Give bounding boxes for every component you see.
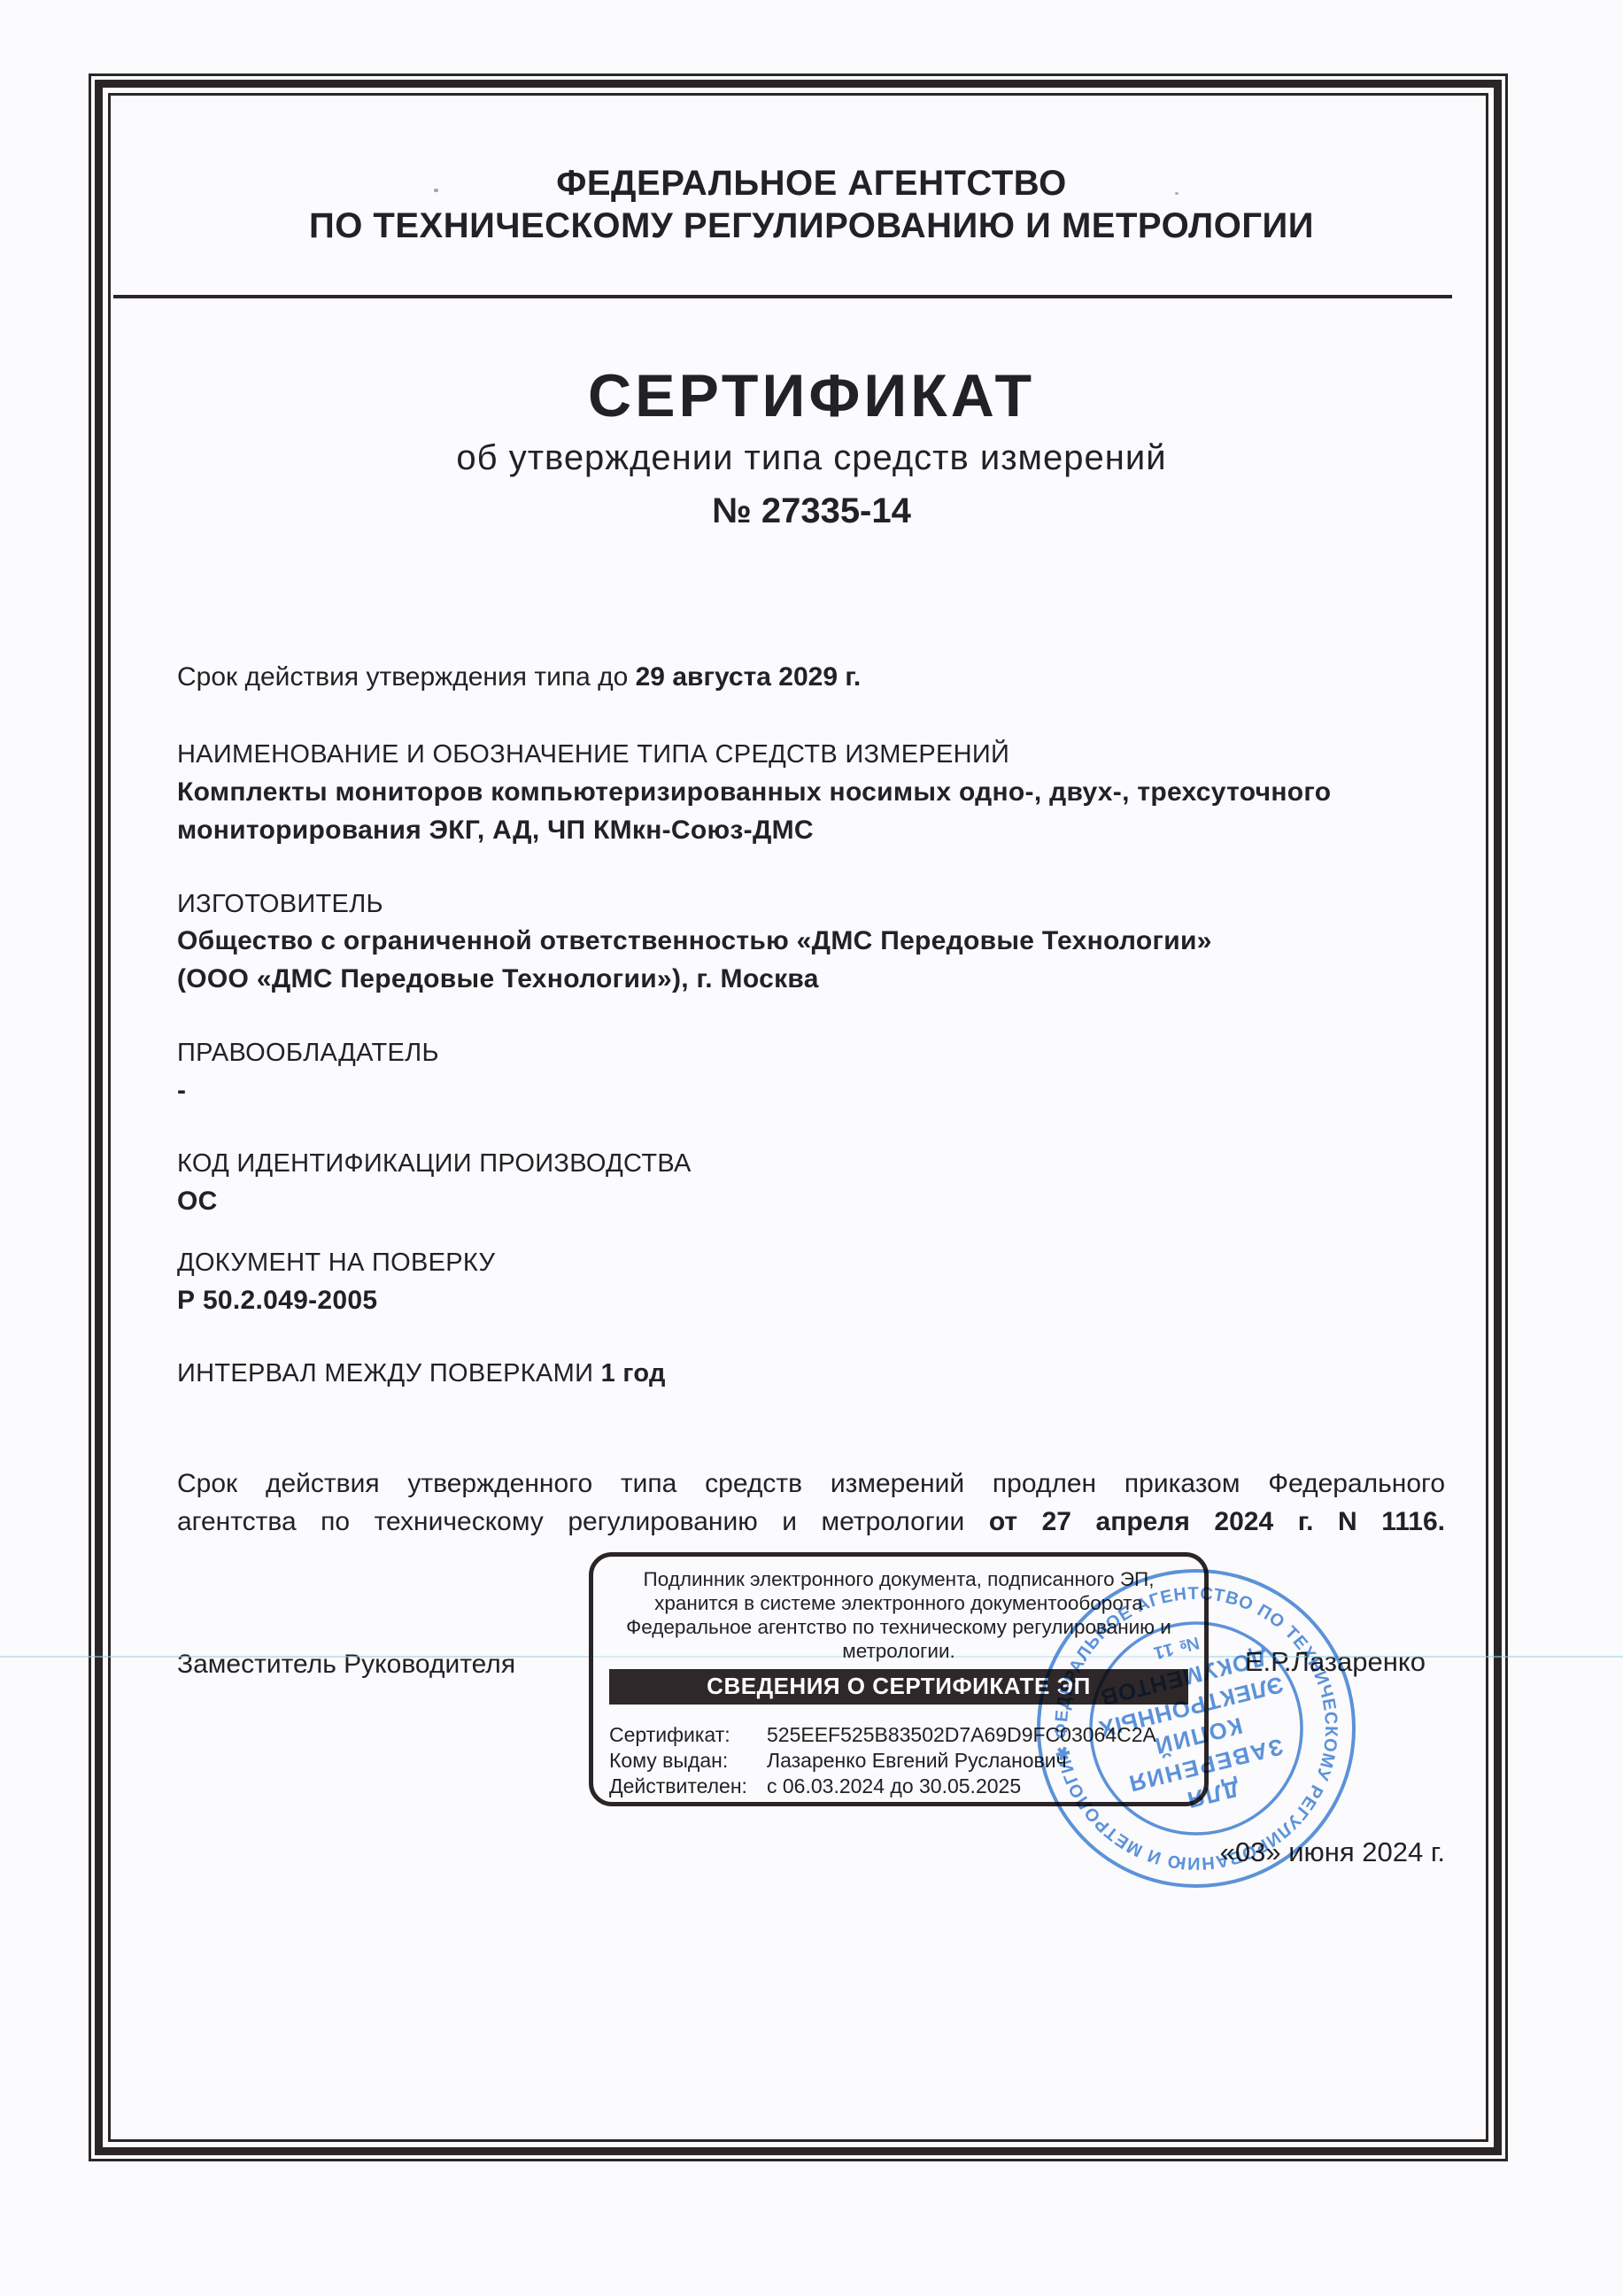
- certificate-subtitle: об утверждении типа средств измерений: [0, 436, 1623, 480]
- interval-value: 1 год: [601, 1359, 666, 1388]
- section-value-manufacturer: Общество с ограниченной ответственностью…: [177, 922, 1445, 998]
- section-value-type-name: Комплекты мониторов компьютеризированных…: [177, 773, 1445, 849]
- agency-name-line2: ПО ТЕХНИЧЕСКОМУ РЕГУЛИРОВАНИЮ И МЕТРОЛОГ…: [0, 205, 1623, 247]
- seal-number: № 11: [1151, 1633, 1202, 1663]
- certificate-number: № 27335-14: [0, 489, 1623, 533]
- header-divider: [113, 295, 1452, 298]
- validity-date: 29 августа 2029 г.: [636, 662, 862, 692]
- verification-interval-line: ИНТЕРВАЛ МЕЖДУ ПОВЕРКАМИ 1 год: [177, 1355, 1445, 1392]
- agency-name-line1: ФЕДЕРАЛЬНОЕ АГЕНТСТВО: [0, 162, 1623, 205]
- certificate-page: ФЕДЕРАЛЬНОЕ АГЕНТСТВО ПО ТЕХНИЧЕСКОМУ РЕ…: [0, 0, 1623, 2296]
- prolongation-line1: Срок действия утвержденного типа средств…: [177, 1465, 1445, 1503]
- section-label-rightholder: ПРАВООБЛАДАТЕЛЬ: [177, 1034, 1445, 1071]
- section-value-rightholder: -: [177, 1071, 1445, 1109]
- section-label-manufacturer: ИЗГОТОВИТЕЛЬ: [177, 885, 1445, 923]
- section-label-production-code: КОД ИДЕНТИФИКАЦИИ ПРОИЗВОДСТВА: [177, 1145, 1445, 1182]
- section-label-type-name: НАИМЕНОВАНИЕ И ОБОЗНАЧЕНИЕ ТИПА СРЕДСТВ …: [177, 736, 1445, 773]
- esign-valid-value: с 06.03.2024 до 30.05.2025: [767, 1774, 1021, 1799]
- section-value-verification-doc: Р 50.2.049-2005: [177, 1281, 1445, 1319]
- signatory-role: Заместитель Руководителя: [177, 1646, 515, 1683]
- certificate-title: СЕРТИФИКАТ: [0, 361, 1623, 430]
- agency-header: ФЕДЕРАЛЬНОЕ АГЕНТСТВО ПО ТЕХНИЧЕСКОМУ РЕ…: [0, 162, 1623, 247]
- section-label-verification-doc: ДОКУМЕНТ НА ПОВЕРКУ: [177, 1244, 1445, 1281]
- validity-line: Срок действия утверждения типа до 29 авг…: [177, 659, 1445, 696]
- section-value-production-code: ОС: [177, 1182, 1445, 1220]
